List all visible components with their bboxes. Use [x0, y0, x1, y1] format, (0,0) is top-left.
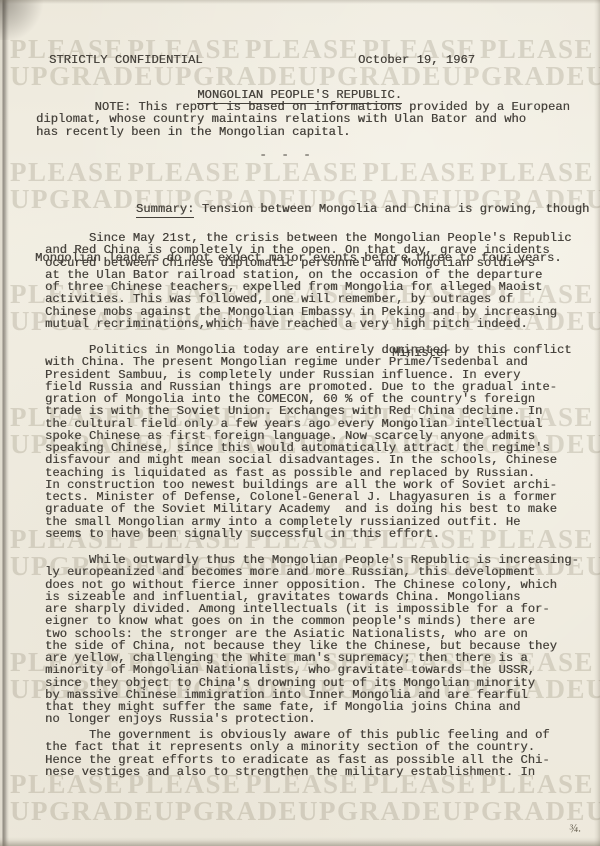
watermark-word: UPGRADE [586, 431, 600, 458]
date-label: October 19, 1967 [358, 54, 475, 66]
watermark-word: UPGRADE [586, 676, 600, 703]
paper-edge-right [594, 0, 600, 846]
note-paragraph: NOTE: This report is based on informatio… [36, 101, 570, 138]
body-paragraph-4: The government is obviously aware of thi… [45, 729, 550, 778]
watermark-word: UPGRADE [586, 553, 600, 580]
classification-label: STRICTLY CONFIDENTIAL [49, 54, 203, 66]
watermark-word: UPGRADE [10, 798, 154, 825]
body-paragraph-2: Politics in Mongolia today are entirely … [45, 344, 572, 540]
watermark-word: UPGRADE [586, 308, 600, 335]
paper-edge-top [0, 0, 600, 4]
watermark-word: UPGRADE [154, 798, 298, 825]
watermark-row: UPGRADEUPGRADEUPGRADEUPGRADEUPGRADE [10, 798, 594, 825]
paper-edge-bottom [0, 837, 600, 846]
separator-dashes: - - - [0, 149, 570, 161]
paper-edge-left [0, 0, 9, 846]
body-paragraph-3: While outwardly thus the Mongolian Peopl… [45, 554, 579, 726]
handwritten-page-number: ¾. [568, 820, 582, 836]
watermark-word: UPGRADE [586, 798, 600, 825]
document-page: PLEASEPLEASEPLEASEPLEASEPLEASEUPGRADEUPG… [0, 0, 600, 846]
typed-insertion-minister: Minister [392, 347, 451, 359]
watermark-word: PLEASE [245, 36, 359, 63]
watermark-word: UPGRADE [442, 798, 586, 825]
watermark-word: UPGRADE [586, 63, 600, 90]
separator-dashes: - - - [0, 205, 570, 217]
watermark-word: UPGRADE [298, 798, 442, 825]
body-paragraph-1: Since May 21st, the crisis between the M… [45, 232, 572, 330]
paper-edge-corner [0, 0, 46, 40]
watermark-word: PLEASE [480, 36, 594, 63]
